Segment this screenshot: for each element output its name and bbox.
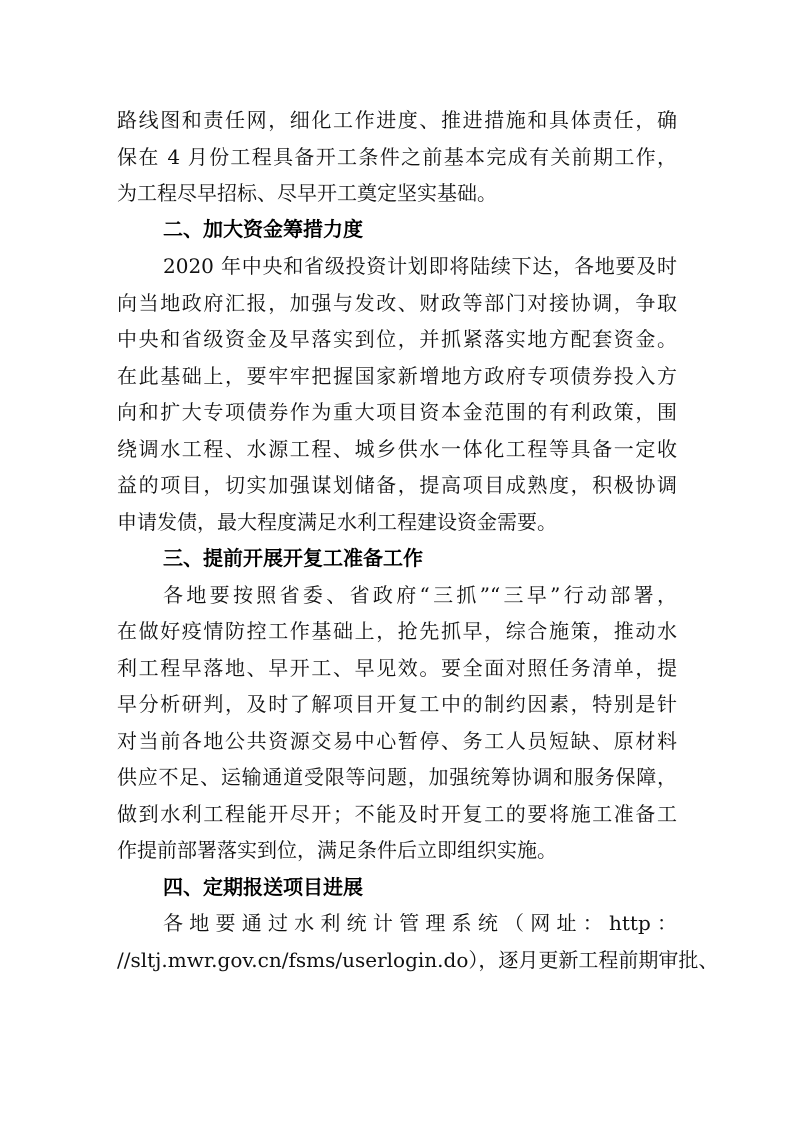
body-line: 在此基础上，要牢牢把握国家新增地方政府专项债券投入方 [117, 358, 677, 395]
body-line: 做到水利工程能开尽开；不能及时开复工的要将施工准备工 [117, 796, 677, 833]
body-line: 在做好疫情防控工作基础上，抢先抓早，综合施策，推动水 [117, 613, 677, 650]
body-line: 对当前各地公共资源交易中心暂停、务工人员短缺、原材料 [117, 723, 677, 760]
body-line-url: //sltj.mwr.gov.cn/fsms/userlogin.do），逐月更… [117, 942, 677, 979]
body-line: 2020 年中央和省级投资计划即将陆续下达，各地要及时 [163, 248, 677, 285]
body-line: 利工程早落地、早开工、早见效。要全面对照任务清单，提 [117, 650, 677, 687]
body-line: 各地要按照省委、省政府“三抓”“三早”行动部署， [163, 577, 677, 614]
body-line: 中央和省级资金及早落实到位，并抓紧落实地方配套资金。 [117, 321, 677, 358]
body-line: 申请发债，最大程度满足水利工程建设资金需要。 [117, 504, 677, 541]
body-line: 向和扩大专项债券作为重大项目资本金范围的有利政策，围 [117, 394, 677, 431]
section-heading-3: 三、提前开展开复工准备工作 [163, 540, 423, 577]
body-line: 作提前部署落实到位，满足条件后立即组织实施。 [117, 832, 677, 869]
body-line: 向当地政府汇报，加强与发改、财政等部门对接协调，争取 [117, 285, 677, 322]
body-line: 为工程尽早招标、尽早开工奠定坚实基础。 [117, 175, 677, 212]
section-heading-4: 四、定期报送项目进展 [163, 869, 363, 906]
body-line: 各地要通过水利统计管理系统（网址：http： [163, 905, 677, 942]
document-page: 路线图和责任网，细化工作进度、推进措施和具体责任，确 保在 4 月份工程具备开工… [0, 0, 793, 1122]
body-line: 路线图和责任网，细化工作进度、推进措施和具体责任，确 [117, 102, 677, 139]
body-line: 益的项目，切实加强谋划储备，提高项目成熟度，积极协调 [117, 467, 677, 504]
body-line: 供应不足、运输通道受限等问题，加强统筹协调和服务保障， [117, 759, 677, 796]
body-line: 绕调水工程、水源工程、城乡供水一体化工程等具备一定收 [117, 431, 677, 468]
body-line: 保在 4 月份工程具备开工条件之前基本完成有关前期工作， [117, 139, 677, 176]
section-heading-2: 二、加大资金筹措力度 [163, 211, 363, 248]
body-line: 早分析研判，及时了解项目开复工中的制约因素，特别是针 [117, 686, 677, 723]
